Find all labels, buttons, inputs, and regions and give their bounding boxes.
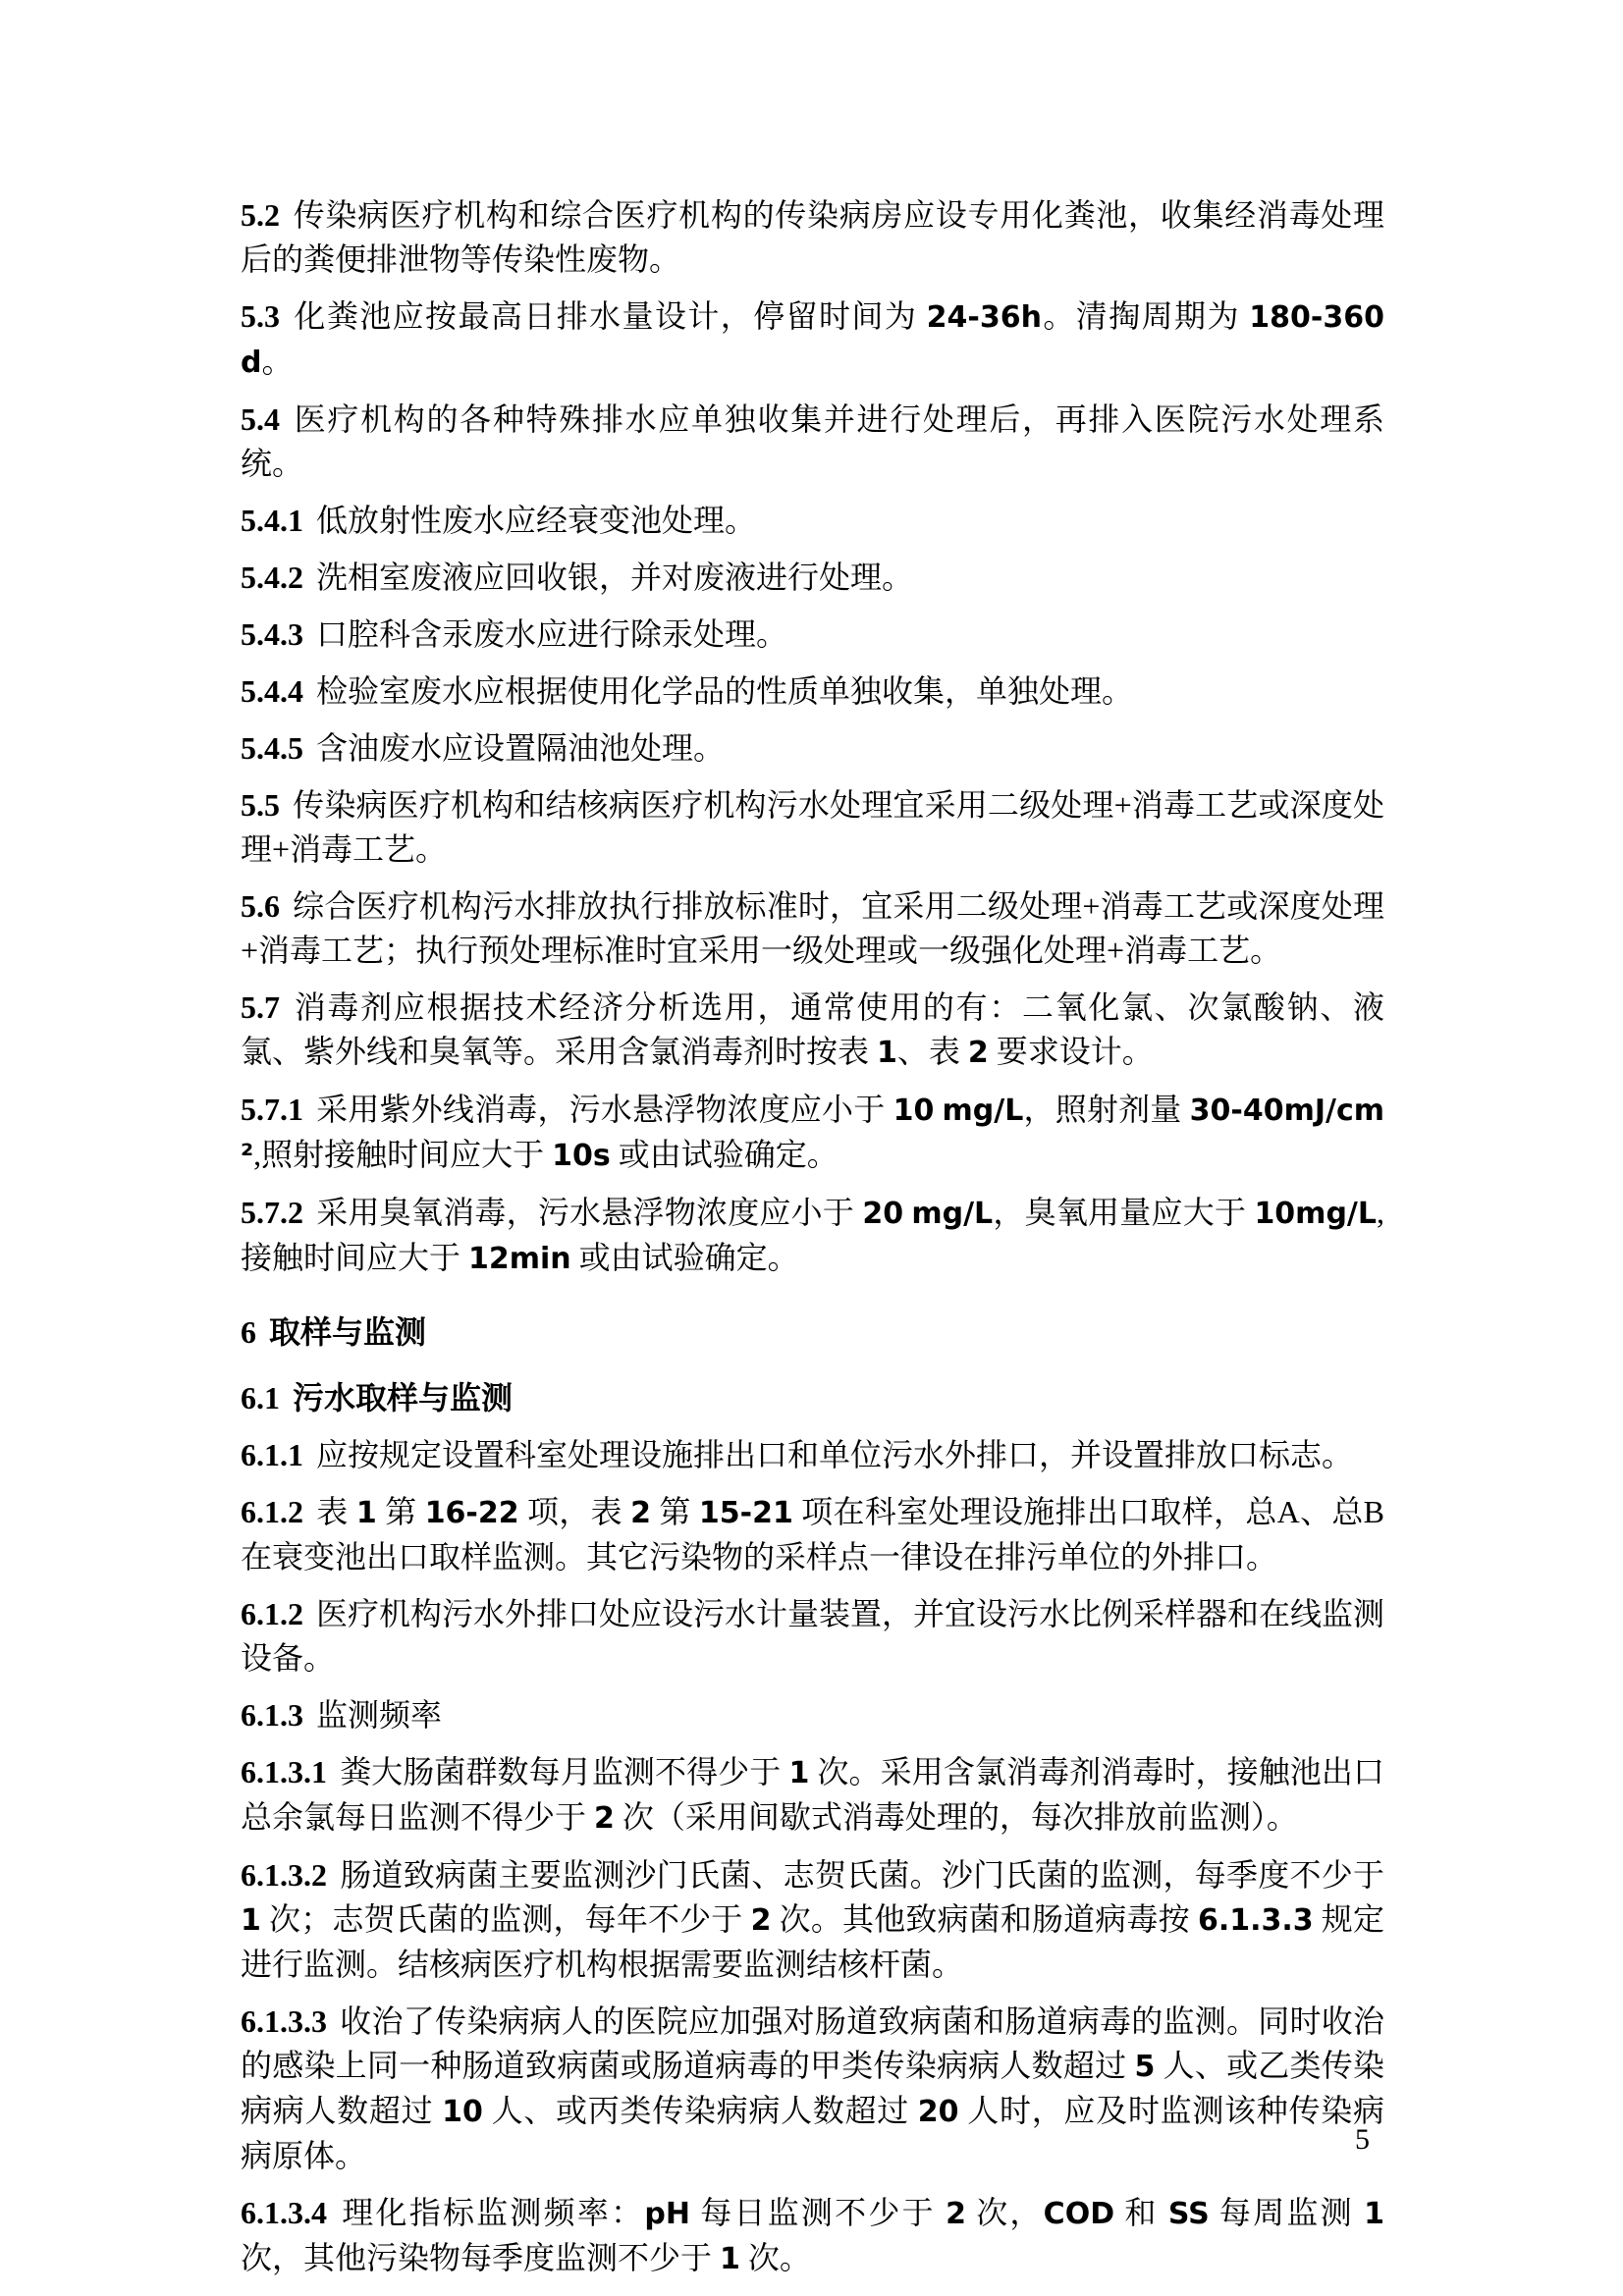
latin-value: 10 [442, 2095, 483, 2129]
section-number: 6.1 [241, 1380, 280, 1415]
paragraph-text: 口腔科含汞废水应进行除汞处理。 [316, 616, 787, 652]
paragraph-text: 消毒剂应根据技术经济分析选用，通常使用的有：二氧化氯、次氯酸钠、液氯、紫外线和臭… [241, 989, 1384, 1069]
paragraph-text: 传染病医疗机构和结核病医疗机构污水处理宜采用二级处理+消毒工艺或深度处理+消毒工… [241, 787, 1384, 867]
latin-value: 10 [893, 1094, 935, 1128]
latin-value: 10s [552, 1139, 611, 1173]
section-number: 6 [241, 1314, 256, 1350]
latin-value: 15-21 [699, 1496, 793, 1530]
section-heading: 6取样与监测 [241, 1310, 1384, 1355]
paragraph: 5.4.4检验室废水应根据使用化学品的性质单独收集，单独处理。 [241, 669, 1384, 714]
latin-value: 5 [1135, 2050, 1156, 2084]
section-number: 6.1.3 [241, 1697, 303, 1733]
latin-value: 6.1.3.3 [1198, 1903, 1314, 1938]
paragraph: 6.1.3.2肠道致病菌主要监测沙门氏菌、志贺氏菌。沙门氏菌的监测，每季度不少于… [241, 1853, 1384, 1987]
paragraph: 5.6综合医疗机构污水排放执行排放标准时，宜采用二级处理+消毒工艺或深度处理+消… [241, 884, 1384, 973]
section-number: 6.1.3.2 [241, 1857, 327, 1893]
section-number: 5.4.5 [241, 730, 303, 766]
paragraph-text: 化粪池应按最高日排水量设计，停留时间为 24-36h。清掏周期为 180-360… [241, 298, 1384, 379]
paragraph: 5.2传染病医疗机构和综合医疗机构的传染病房应设专用化粪池，收集经消毒处理后的粪… [241, 193, 1384, 282]
section-number: 5.7 [241, 989, 280, 1025]
section-number: 5.4.3 [241, 616, 303, 652]
latin-value: 1 [788, 1756, 809, 1790]
paragraph: 5.4.1低放射性废水应经衰变池处理。 [241, 499, 1384, 543]
paragraph: 6.1.3监测频率 [241, 1693, 1384, 1737]
paragraph: 6.1.2表 1 第 16-22 项，表 2 第 15-21 项在科室处理设施排… [241, 1490, 1384, 1579]
paragraph-text: 医疗机构的各种特殊排水应单独收集并进行处理后，再排入医院污水处理系统。 [241, 401, 1384, 481]
section-number: 5.4.1 [241, 503, 303, 538]
section-number: 5.4.2 [241, 560, 303, 595]
paragraph-text: 检验室废水应根据使用化学品的性质单独收集，单独处理。 [316, 673, 1133, 709]
paragraph: 6.1.2医疗机构污水外排口处应设污水计量装置，并宜设污水比例采样器和在线监测设… [241, 1592, 1384, 1681]
paragraph: 5.4.5含油废水应设置隔油池处理。 [241, 726, 1384, 771]
latin-value: 16-22 [425, 1496, 519, 1530]
section-number: 6.1.1 [241, 1437, 303, 1472]
latin-value: 1 [720, 2242, 740, 2276]
latin-value: 2 [968, 1036, 989, 1070]
latin-value: 10mg/L [1254, 1197, 1377, 1231]
latin-value: 24-36h [927, 300, 1042, 335]
paragraph: 5.3化粪池应按最高日排水量设计，停留时间为 24-36h。清掏周期为 180-… [241, 294, 1384, 385]
section-number: 6.1.2 [241, 1596, 303, 1631]
paragraph-text: 综合医疗机构污水排放执行排放标准时，宜采用二级处理+消毒工艺或深度处理+消毒工艺… [241, 888, 1384, 968]
paragraph-text: 监测频率 [316, 1697, 442, 1733]
paragraph: 5.7消毒剂应根据技术经济分析选用，通常使用的有：二氧化氯、次氯酸钠、液氯、紫外… [241, 986, 1384, 1075]
section-number: 5.4 [241, 401, 280, 437]
document-content: 5.2传染病医疗机构和综合医疗机构的传染病房应设专用化粪池，收集经消毒处理后的粪… [241, 193, 1384, 2294]
paragraph: 5.4.3口腔科含汞废水应进行除汞处理。 [241, 613, 1384, 657]
latin-value: 30-40mJ/cm² [241, 1094, 1384, 1173]
paragraph-text: 医疗机构污水外排口处应设污水计量装置，并宜设污水比例采样器和在线监测设备。 [241, 1596, 1384, 1676]
paragraph-text: 污水取样与监测 [293, 1380, 513, 1415]
paragraph: 5.7.1采用紫外线消毒，污水悬浮物浓度应小于 10 mg/L，照射剂量 30-… [241, 1088, 1384, 1178]
paragraph: 6.1.3.1粪大肠菌群数每月监测不得少于 1 次。采用含氯消毒剂消毒时，接触池… [241, 1750, 1384, 1841]
latin-value: 1 [356, 1496, 377, 1530]
paragraph: 5.4医疗机构的各种特殊排水应单独收集并进行处理后，再排入医院污水处理系统。 [241, 398, 1384, 486]
paragraph-text: 收治了传染病病人的医院应加强对肠道致病菌和肠道病毒的监测。同时收治的感染上同一种… [241, 2003, 1384, 2173]
section-number: 6.1.3.3 [241, 2003, 327, 2039]
paragraph-text: 采用臭氧消毒，污水悬浮物浓度应小于 20 mg/L，臭氧用量应大于 10mg/L… [241, 1195, 1384, 1275]
latin-value: mg/L [943, 1094, 1024, 1128]
latin-value: COD [1044, 2197, 1114, 2231]
section-number: 6.1.3.4 [241, 2195, 327, 2230]
paragraph-text: 肠道致病菌主要监测沙门氏菌、志贺氏菌。沙门氏菌的监测，每季度不少于 1 次；志贺… [241, 1857, 1384, 1982]
latin-value: 1 [1364, 2197, 1384, 2231]
latin-value: 12min [468, 1242, 571, 1276]
latin-value: 20 [862, 1197, 903, 1231]
section-number: 5.6 [241, 888, 280, 924]
latin-value: 2 [594, 1801, 615, 1836]
section-number: 5.2 [241, 197, 280, 233]
page-number: 5 [1355, 2123, 1370, 2157]
paragraph-text: 应按规定设置科室处理设施排出口和单位污水外排口，并设置排放口标志。 [316, 1437, 1353, 1472]
paragraph: 6.1.3.4理化指标监测频率：pH 每日监测不少于 2 次，COD 和 SS … [241, 2191, 1384, 2281]
paragraph-text: 低放射性废水应经衰变池处理。 [316, 503, 756, 538]
paragraph-text: 采用紫外线消毒，污水悬浮物浓度应小于 10 mg/L，照射剂量 30-40mJ/… [241, 1092, 1384, 1172]
paragraph-text: 理化指标监测频率：pH 每日监测不少于 2 次，COD 和 SS 每周监测 1 … [241, 2195, 1384, 2275]
latin-value: 1 [241, 1903, 261, 1938]
paragraph-text: 粪大肠菌群数每月监测不得少于 1 次。采用含氯消毒剂消毒时，接触池出口总余氯每日… [241, 1754, 1384, 1835]
paragraph-text: 含油废水应设置隔油池处理。 [316, 730, 725, 766]
latin-value: 180-360d [241, 300, 1384, 380]
paragraph-text: 取样与监测 [269, 1314, 426, 1350]
paragraph-text: 洗相室废液应回收银，并对废液进行处理。 [316, 560, 913, 595]
paragraph: 5.7.2采用臭氧消毒，污水悬浮物浓度应小于 20 mg/L，臭氧用量应大于 1… [241, 1191, 1384, 1281]
paragraph: 5.4.2洗相室废液应回收银，并对废液进行处理。 [241, 556, 1384, 600]
latin-value: mg/L [911, 1197, 993, 1231]
paragraph: 5.5传染病医疗机构和结核病医疗机构污水处理宜采用二级处理+消毒工艺或深度处理+… [241, 783, 1384, 872]
latin-value: 2 [946, 2197, 966, 2231]
latin-value: 1 [877, 1036, 897, 1070]
latin-value: 2 [751, 1903, 772, 1938]
section-number: 5.3 [241, 298, 280, 334]
paragraph: 6.1.3.3收治了传染病病人的医院应加强对肠道致病菌和肠道病毒的监测。同时收治… [241, 2000, 1384, 2178]
latin-value: 2 [630, 1496, 651, 1530]
latin-value: pH [644, 2197, 690, 2231]
document-page: 5.2传染病医疗机构和综合医疗机构的传染病房应设专用化粪池，收集经消毒处理后的粪… [0, 0, 1623, 2296]
latin-value: SS [1168, 2197, 1210, 2231]
paragraph-text: 表 1 第 16-22 项，表 2 第 15-21 项在科室处理设施排出口取样，… [241, 1494, 1384, 1575]
latin-value: 20 [918, 2095, 959, 2129]
paragraph-text: 传染病医疗机构和综合医疗机构的传染病房应设专用化粪池，收集经消毒处理后的粪便排泄… [241, 197, 1384, 277]
section-number: 6.1.2 [241, 1494, 303, 1529]
section-number: 5.7.2 [241, 1195, 303, 1230]
section-number: 5.5 [241, 787, 280, 823]
paragraph: 6.1.1应按规定设置科室处理设施排出口和单位污水外排口，并设置排放口标志。 [241, 1433, 1384, 1477]
section-number: 5.7.1 [241, 1092, 303, 1127]
section-number: 6.1.3.1 [241, 1754, 327, 1789]
section-heading: 6.1污水取样与监测 [241, 1376, 1384, 1420]
section-number: 5.4.4 [241, 673, 303, 709]
